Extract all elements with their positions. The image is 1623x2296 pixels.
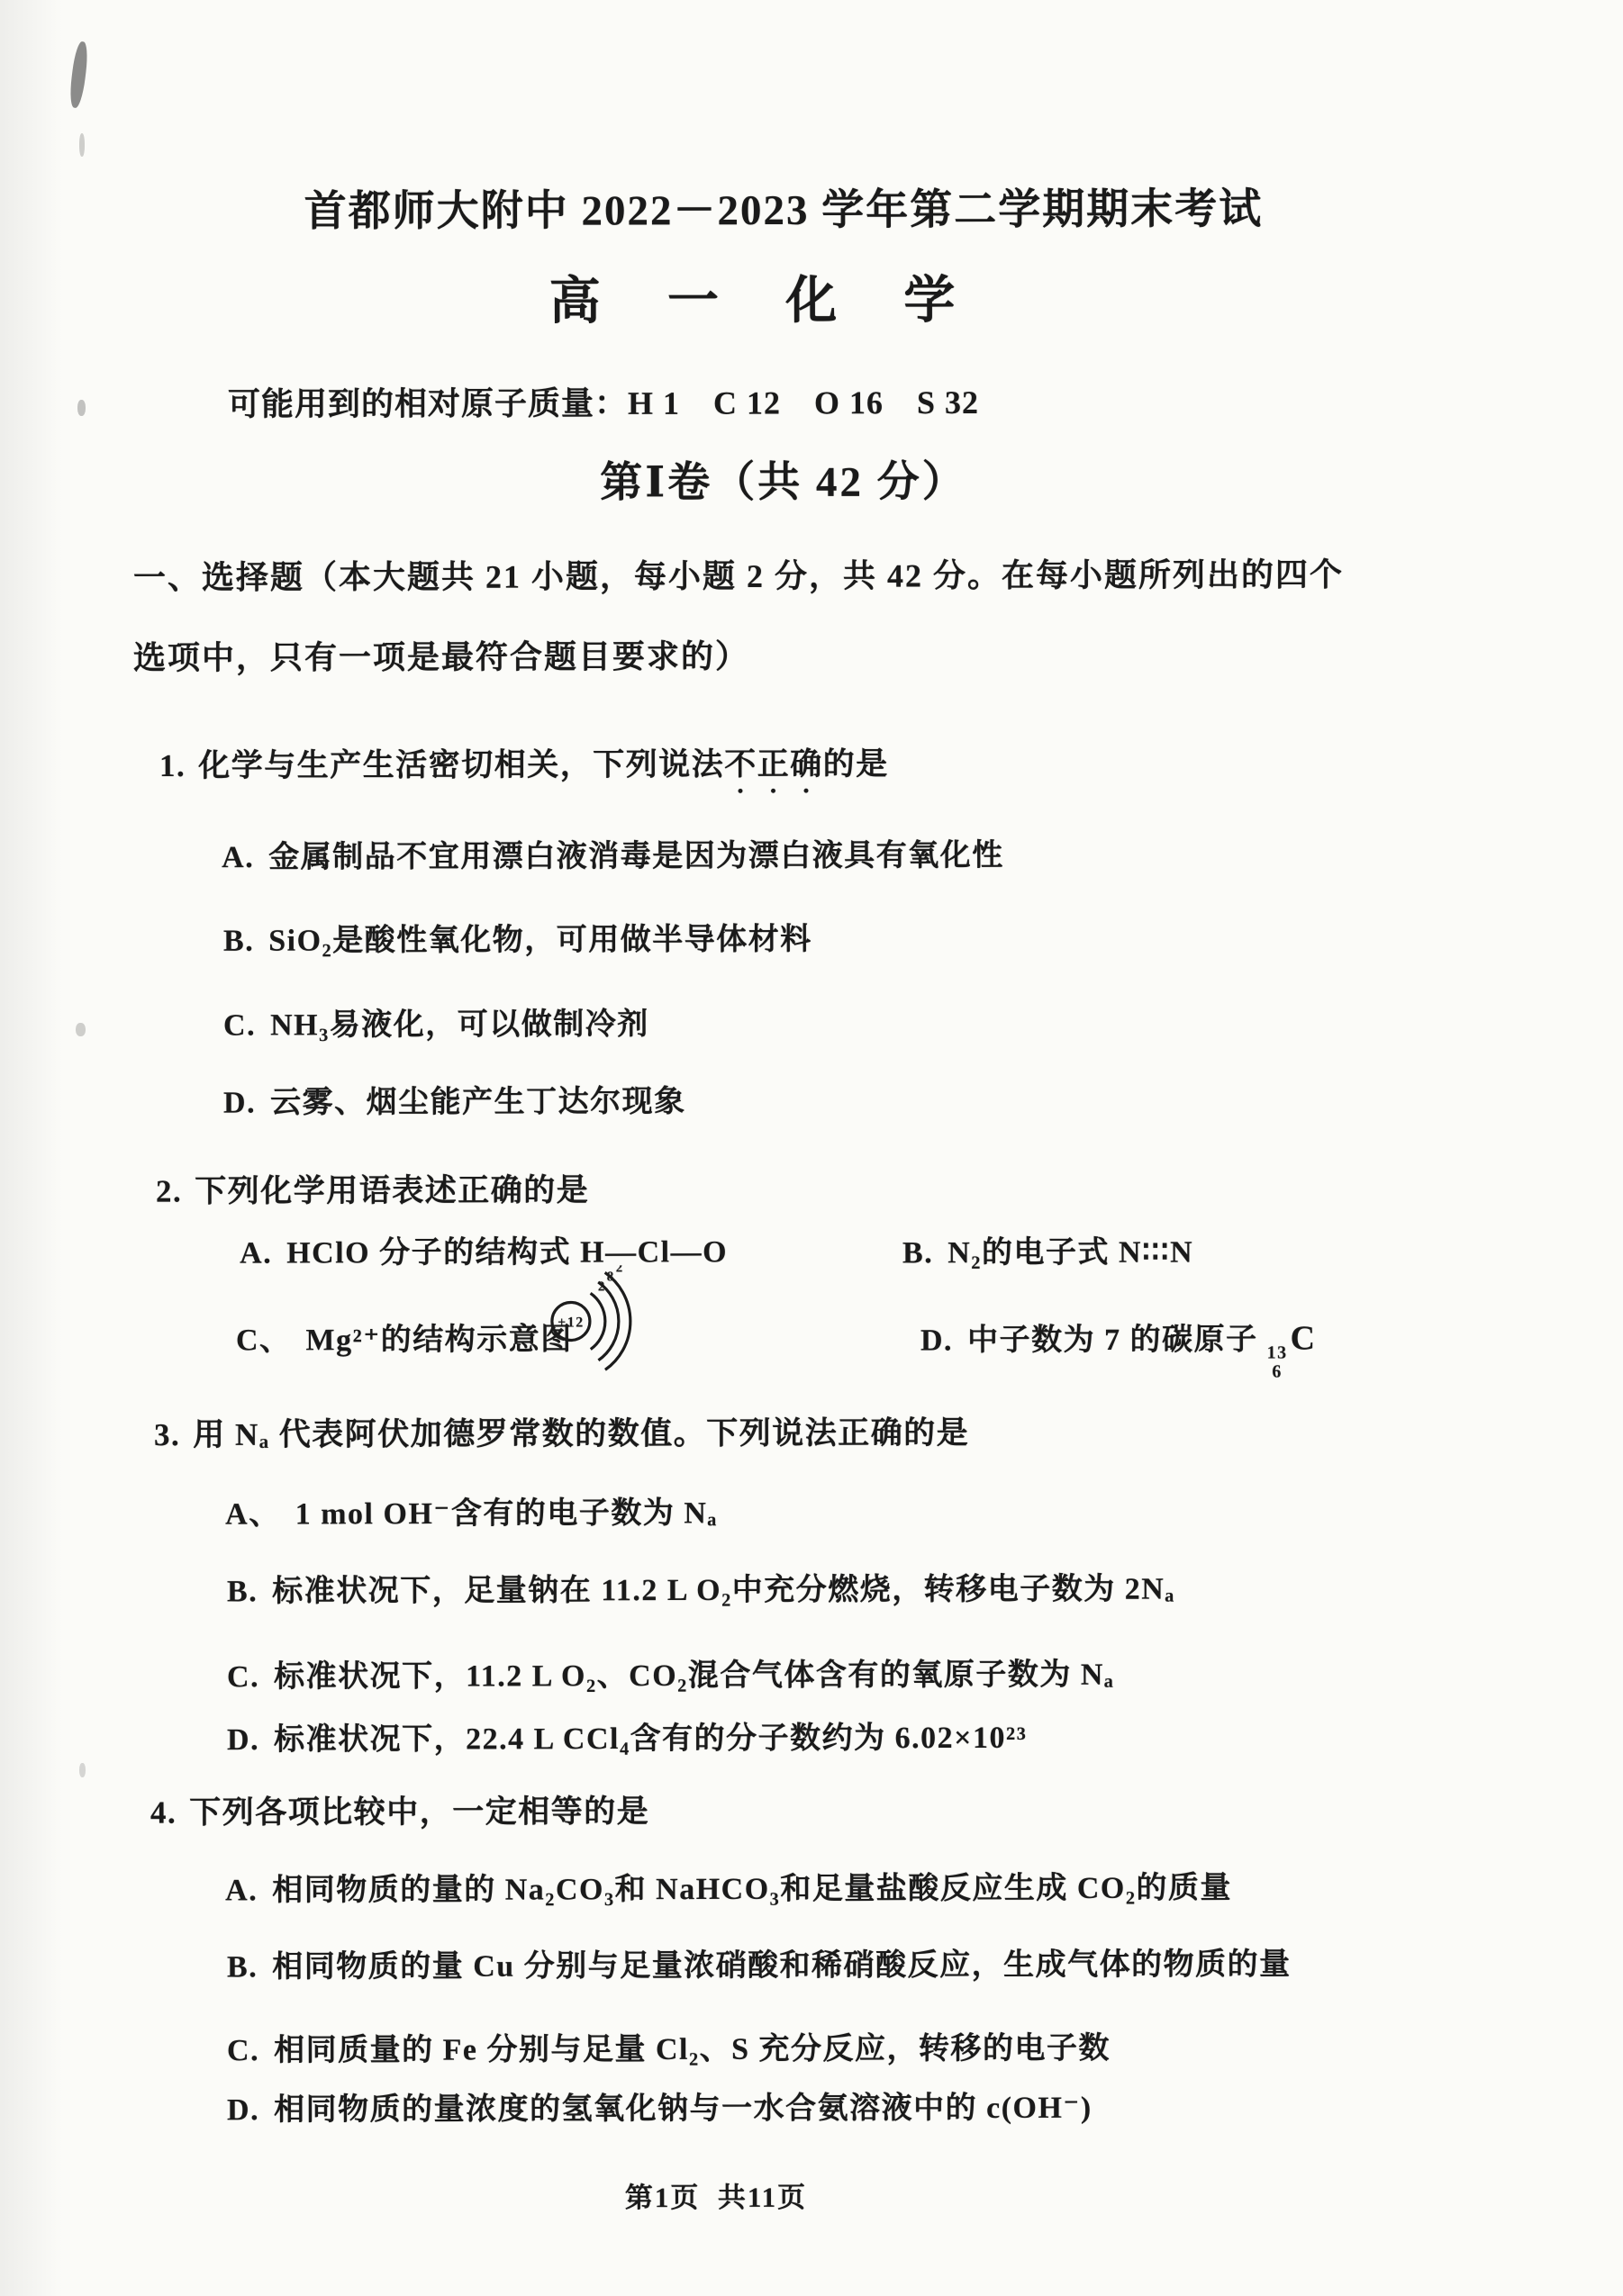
shell-electrons: 2 — [598, 1279, 606, 1294]
option-label: A. — [240, 1237, 272, 1270]
atomic-number: 6 — [1267, 1362, 1288, 1381]
option-label: A、 — [225, 1498, 281, 1532]
option-label: A. — [225, 1874, 258, 1907]
nucleus-charge: +12 — [558, 1315, 585, 1330]
instructions-line2: 选项中，只有一项是最符合题目要求的） — [133, 631, 749, 679]
option-label: C、 — [236, 1324, 292, 1357]
question-4-option-d: D.相同物质的量浓度的氢氧化钠与一水合氨溶液中的 c(OH⁻) — [191, 2048, 1093, 2164]
question-number: 3. — [154, 1417, 180, 1452]
option-label: D. — [227, 2093, 259, 2127]
option-label: B. — [902, 1236, 933, 1270]
option-text: 金属制品不宜用漂白液消毒是因为漂白液具有氧化性 — [268, 839, 1004, 874]
scan-artifact — [76, 1023, 86, 1036]
option-text: 相同物质的量浓度的氢氧化钠与一水合氨溶液中的 c(OH⁻) — [274, 2092, 1093, 2127]
option-text: 相同物质的量 Cu 分别与足量浓硝酸和稀硝酸反应，生成气体的物质的量 — [272, 1948, 1292, 1984]
stem-text: 的是 — [823, 746, 889, 782]
element-symbol: C — [1290, 1319, 1316, 1357]
page-footer: 第1页 共11页 — [0, 2173, 1432, 2217]
stem-text: 下列各项比较中，一定相等的是 — [189, 1794, 649, 1830]
option-text: 云雾、烟尘能产生丁达尔现象 — [270, 1085, 686, 1119]
option-text: 相同物质的量的 Na₂CO₃和 NaHCO₃和足量盐酸反应生成 CO₂的质量 — [272, 1871, 1232, 1907]
option-text: Mg²⁺的结构示意图 — [305, 1323, 572, 1357]
exam-page: 首都师大附中 2022－2023 学年第二学期期末考试 高 一 化 学 可能用到… — [0, 0, 1623, 2296]
option-text: NH₃易液化，可以做制冷剂 — [270, 1008, 649, 1042]
scan-edge-shadow — [0, 0, 63, 2296]
scan-artifact — [77, 400, 86, 416]
stem-text: 化学与生产生活密切相关，下列说法 — [198, 746, 724, 783]
stem-emphasized-text: 不正确 — [724, 746, 823, 782]
subject-title: 高 一 化 学 — [0, 258, 1531, 335]
option-label: A. — [222, 841, 254, 874]
atomic-mass-note: 可能用到的相对原子质量：H 1 C 12 O 16 S 32 — [228, 377, 979, 425]
option-label: D. — [223, 1087, 256, 1120]
question-number: 4. — [150, 1795, 177, 1830]
isotope-notation: 136 — [1267, 1343, 1288, 1381]
option-label: B. — [227, 1950, 258, 1984]
option-text: 1 mol OH⁻含有的电子数为 Nₐ — [295, 1496, 718, 1531]
option-label: B. — [223, 925, 254, 958]
atomic-structure-diagram: +12 2 8 2 — [544, 1265, 666, 1371]
scan-artifact — [79, 133, 85, 157]
option-label: C. — [223, 1008, 256, 1042]
section-header: 第Ⅰ卷（共 42 分） — [0, 447, 1567, 511]
mass-number: 13 — [1267, 1343, 1288, 1362]
shell-electrons: 8 — [607, 1270, 615, 1284]
option-text: SiO₂是酸性氧化物，可用做半导体材料 — [268, 923, 812, 958]
question-number: 2. — [156, 1173, 182, 1208]
option-text: 中子数为 7 的碳原子 — [967, 1324, 1258, 1358]
option-label: D. — [920, 1324, 953, 1357]
exam-title: 首都师大附中 2022－2023 学年第二学期期末考试 — [0, 175, 1567, 240]
scan-artifact — [68, 41, 90, 108]
scan-artifact — [79, 1763, 86, 1777]
option-text: N₂的电子式 N∶∶∶N — [948, 1236, 1193, 1270]
stem-text: 用 Nₐ 代表阿伏加德罗常数的数值。下列说法正确的是 — [193, 1415, 969, 1452]
option-label: B. — [227, 1575, 258, 1608]
question-number: 1. — [159, 748, 186, 783]
instructions-line1: 一、选择题（本大题共 21 小题，每小题 2 分，共 42 分。在每小题所列出的… — [133, 549, 1344, 599]
shell-electrons: 2 — [616, 1265, 624, 1275]
option-text: 标准状况下，足量钠在 11.2 L O₂中充分燃烧，转移电子数为 2Nₐ — [272, 1573, 1175, 1609]
